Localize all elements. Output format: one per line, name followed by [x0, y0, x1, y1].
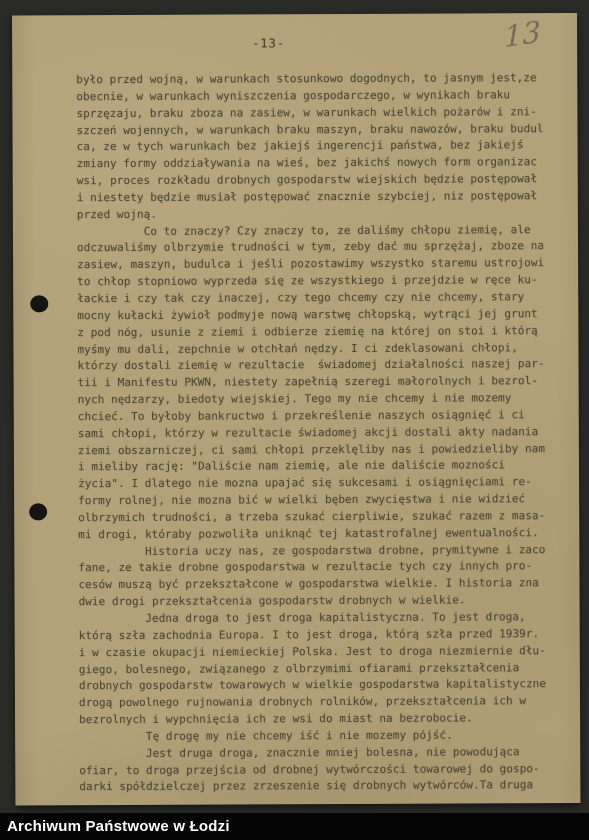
typewritten-paragraph: Co to znaczy? Czy znaczy to, ze daliśmy … [77, 222, 574, 544]
archive-footer-bar: Archiwum Państwowe w Łodzi [0, 813, 589, 840]
handwritten-page-number: 13 [504, 14, 541, 54]
hole-punch-bottom [29, 503, 47, 520]
document-page: -13- 13 było przed wojną, w warunkach st… [12, 13, 580, 805]
typewritten-paragraph: było przed wojną, w warunkach stosunkowo… [76, 70, 573, 224]
typewritten-paragraph: Historia uczy nas, ze gospodarstwa drobn… [78, 542, 574, 612]
typewritten-paragraph: Tę drogę my nie chcemy iść i nie mozemy … [79, 727, 575, 746]
typewritten-paragraph: Jedna droga to jest droga kapitalistyczn… [79, 609, 576, 729]
scanned-document-view: -13- 13 było przed wojną, w warunkach st… [0, 0, 589, 840]
typewritten-text-block: było przed wojną, w warunkach stosunkowo… [76, 70, 575, 796]
typed-page-number: -13- [0, 35, 551, 51]
typewritten-paragraph: Jest druga droga, znacznie mniej bolesna… [79, 744, 575, 797]
archive-name-label: Archiwum Państwowe w Łodzi [0, 818, 230, 835]
hole-punch-top [30, 295, 48, 312]
